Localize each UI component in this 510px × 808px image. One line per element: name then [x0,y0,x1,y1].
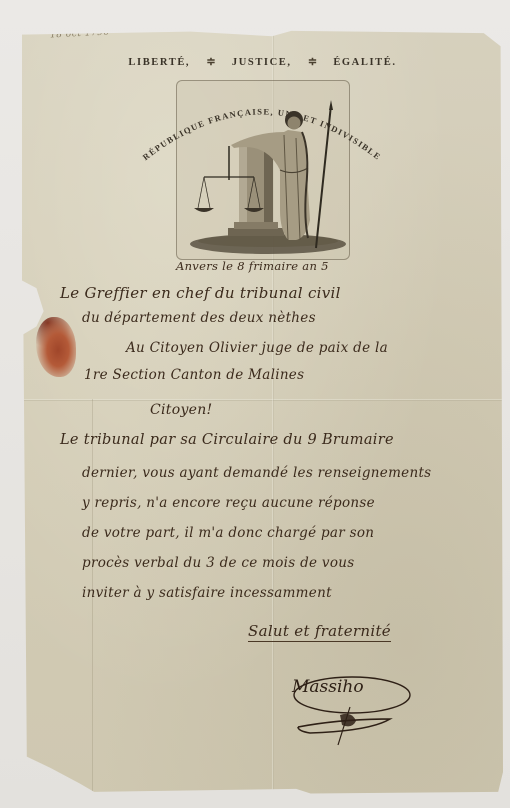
addressee-line-2: 1re Section Canton de Malines [84,367,304,383]
letter-sheet: 18 oct 1796 LIBERTÉ, ≑ JUSTICE, ≑ ÉGALIT… [22,27,503,795]
body-line: y repris, n'a encore reçu aucune réponse [82,495,375,511]
salutation: Citoyen! [150,402,212,418]
rust-stain [36,317,76,377]
dateline: Anvers le 8 frimaire an 5 [176,259,329,273]
scan-background: 18 oct 1796 LIBERTÉ, ≑ JUSTICE, ≑ ÉGALIT… [0,0,510,808]
motto-egalite: ÉGALITÉ. [333,57,396,68]
sender-title-line-1: Le Greffier en chef du tribunal civil [60,284,341,302]
closing-formula: Salut et fraternité [248,622,391,642]
sender-title-line-2: du département des deux nèthes [82,310,316,326]
fold-line-horizontal [22,399,503,401]
motto-liberte: LIBERTÉ, [128,57,190,68]
body-line: Le tribunal par sa Circulaire du 9 Bruma… [60,432,394,448]
signature: Massiho [292,677,364,697]
body-line: inviter à y satisfaire incessamment [82,585,332,601]
body-line: dernier, vous ayant demandé les renseign… [82,465,431,481]
motto-justice: JUSTICE, [232,57,292,68]
motto-separator-icon: ≑ [206,56,215,68]
revolutionary-motto: LIBERTÉ, ≑ JUSTICE, ≑ ÉGALITÉ. [22,55,503,68]
pencil-date-note: 18 oct 1796 [50,27,110,40]
addressee-line-1: Au Citoyen Olivier juge de paix de la [126,340,388,356]
motto-separator-icon: ≑ [308,56,317,68]
justice-allegory-engraving-icon [176,80,348,258]
body-line: procès verbal du 3 de ce mois de vous [82,555,355,571]
body-line: de votre part, il m'a donc chargé par so… [82,525,374,541]
